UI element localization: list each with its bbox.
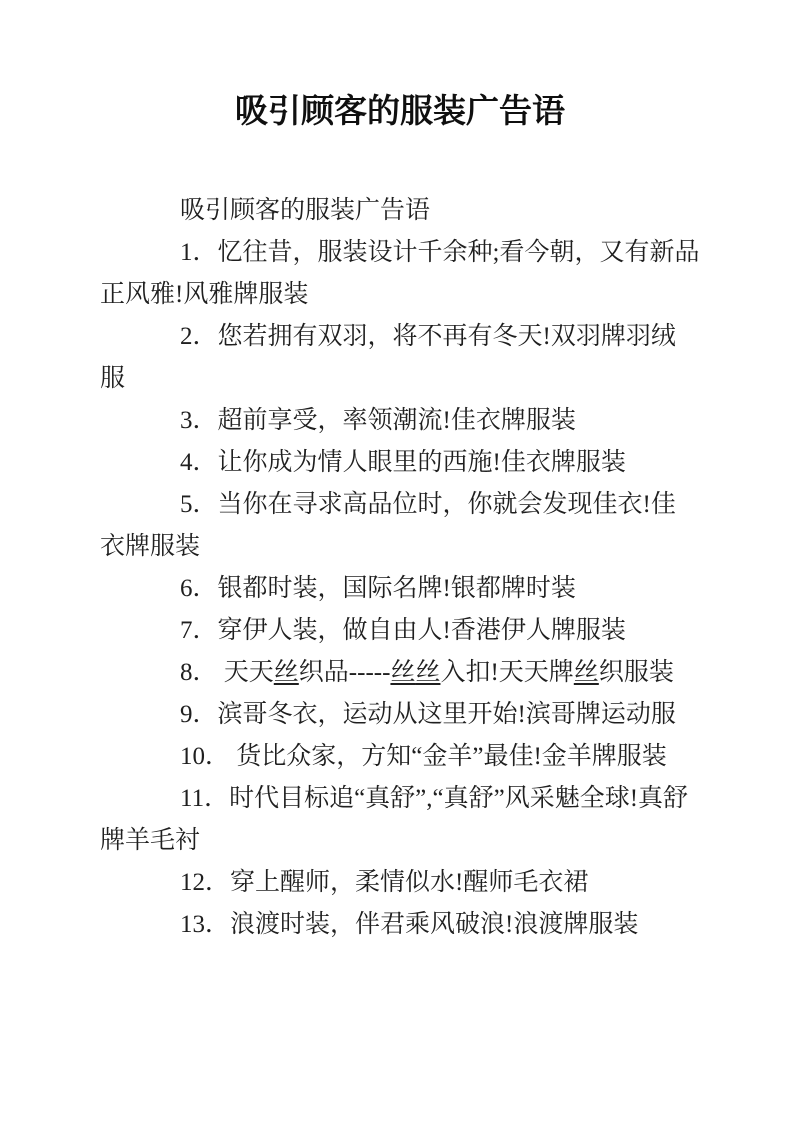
item-number: 8． — [180, 659, 218, 686]
document-body: 吸引顾客的服装广告语 1．忆往昔，服装设计千余种;看今朝，又有新品正风雅!风雅牌… — [100, 190, 700, 946]
item-number: 9． — [180, 701, 218, 728]
document-page: 吸引顾客的服装广告语 吸引顾客的服装广告语 1．忆往昔，服装设计千余种;看今朝，… — [0, 0, 800, 1132]
list-item-3: 3．超前享受，率领潮流!佳衣牌服装 — [100, 400, 700, 442]
item-text: 货比众家，方知“金羊”最佳!金羊牌服装 — [230, 743, 667, 770]
list-item-11: 11．时代目标追“真舒”,“真舒”风采魅全球!真舒牌羊毛衬 — [100, 778, 700, 862]
list-item-12: 12．穿上醒师，柔情似水!醒师毛衣裙 — [100, 862, 700, 904]
item-number: 4． — [180, 449, 218, 476]
item-text: 银都时装，国际名牌!银都牌时装 — [218, 575, 576, 602]
intro-paragraph: 吸引顾客的服装广告语 — [100, 190, 700, 232]
item-text: 天天丝织品-----丝丝入扣!天天牌丝织服装 — [218, 659, 674, 686]
item-number: 3． — [180, 407, 218, 434]
item-number: 12． — [180, 869, 230, 896]
list-item-13: 13．浪渡时装，伴君乘风破浪!浪渡牌服装 — [100, 904, 700, 946]
list-item-1: 1．忆往昔，服装设计千余种;看今朝，又有新品正风雅!风雅牌服装 — [100, 232, 700, 316]
list-item-7: 7．穿伊人装，做自由人!香港伊人牌服装 — [100, 610, 700, 652]
item-number: 1． — [180, 239, 218, 266]
list-item-8: 8． 天天丝织品-----丝丝入扣!天天牌丝织服装 — [100, 652, 700, 694]
item-number: 2． — [180, 323, 218, 350]
list-item-2: 2．您若拥有双羽，将不再有冬天!双羽牌羽绒服 — [100, 316, 700, 400]
item-number: 6． — [180, 575, 218, 602]
list-item-9: 9．滨哥冬衣，运动从这里开始!滨哥牌运动服 — [100, 694, 700, 736]
list-item-6: 6．银都时装，国际名牌!银都牌时装 — [100, 568, 700, 610]
document-title: 吸引顾客的服装广告语 — [0, 0, 800, 134]
item-number: 7． — [180, 617, 218, 644]
item-text: 超前享受，率领潮流!佳衣牌服装 — [218, 407, 576, 434]
item-number: 5． — [180, 491, 218, 518]
list-item-10: 10． 货比众家，方知“金羊”最佳!金羊牌服装 — [100, 736, 700, 778]
item-text: 滨哥冬衣，运动从这里开始!滨哥牌运动服 — [218, 701, 676, 728]
item-text: 浪渡时装，伴君乘风破浪!浪渡牌服装 — [230, 911, 638, 938]
item-text: 让你成为情人眼里的西施!佳衣牌服装 — [218, 449, 626, 476]
list-item-5: 5．当你在寻求高品位时，你就会发现佳衣!佳衣牌服装 — [100, 484, 700, 568]
list-item-4: 4．让你成为情人眼里的西施!佳衣牌服装 — [100, 442, 700, 484]
item-number: 11． — [180, 785, 229, 812]
item-number: 10． — [180, 743, 230, 770]
item-text: 穿上醒师，柔情似水!醒师毛衣裙 — [230, 869, 588, 896]
item-text: 穿伊人装，做自由人!香港伊人牌服装 — [218, 617, 626, 644]
item-number: 13． — [180, 911, 230, 938]
